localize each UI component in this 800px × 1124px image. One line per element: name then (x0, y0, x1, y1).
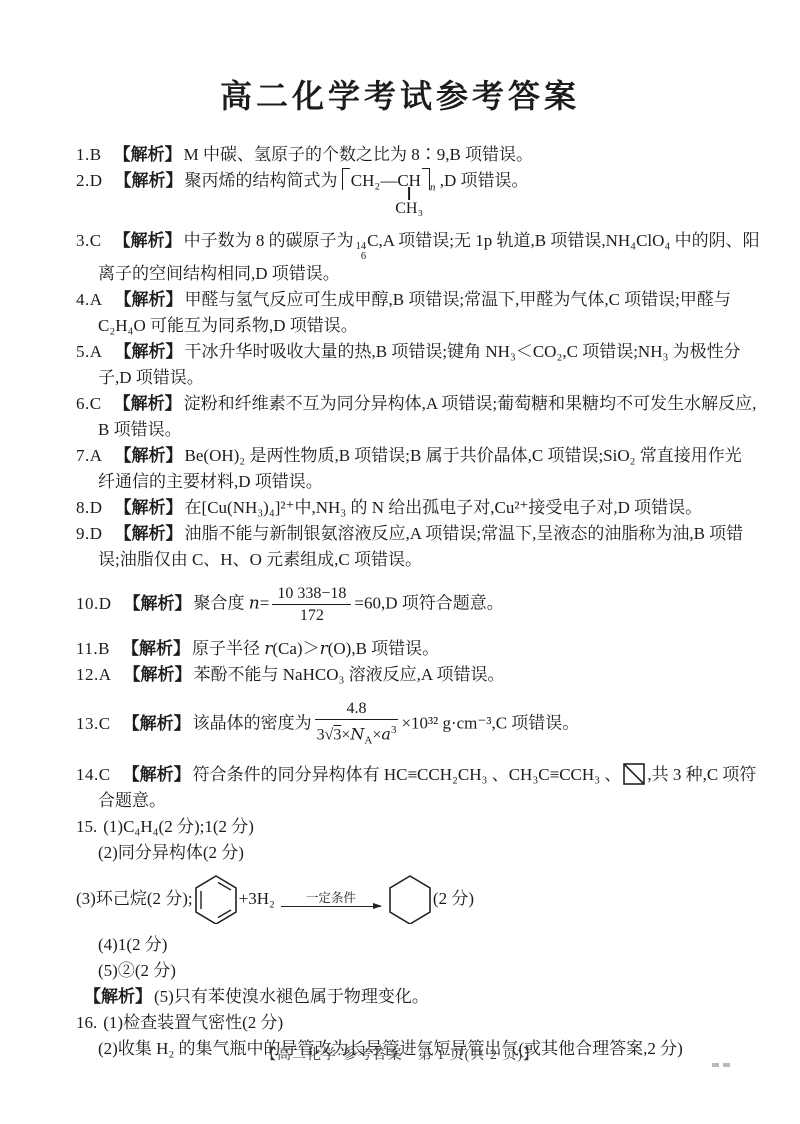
answer-text: (4)1(2 分) (98, 935, 167, 954)
analysis-line: 【解析】(5)只有苯使溴水褪色属于物理变化。 (84, 984, 730, 1010)
answer-item-14: 14.C【解析】符合条件的同分异构体有 HC≡CCH₂CH₃ 、CH₃C≡CCH… (76, 762, 730, 814)
analysis-line: 12.A【解析】苯酚不能与 NaHCO₃ 溶液反应,A 项错误。 (76, 662, 730, 688)
question-number: 7.A (76, 443, 103, 469)
answer-line: (4)1(2 分) (98, 932, 730, 958)
analysis-marker: 【解析】 (84, 987, 152, 1006)
arrow-shaft (281, 906, 381, 907)
polymer-ch-unit: CHCH₃ (397, 168, 421, 194)
analysis-line: 9.D【解析】油脂不能与新制银氨溶液反应,A 项错误;常温下,呈液态的油脂称为油… (76, 521, 730, 547)
analysis-text: 符合条件的同分异构体有 HC≡CCH₂CH₃ 、CH₃C≡CCH₃ 、 (193, 765, 622, 784)
answer-text: (1)C₄H₄(2 分);1(2 分) (103, 817, 254, 836)
analysis-text: 离子的空间结构相同,D 项错误。 (98, 264, 340, 283)
analysis-marker: 【解析】 (114, 145, 182, 164)
exam-answer-page: 高二化学考试参考答案 1.B【解析】M 中碳、氢原子的个数之比为 8∶9,B 项… (0, 0, 800, 1124)
polymer-chain: CH₂— (351, 171, 398, 190)
question-number: 14.C (76, 762, 111, 788)
question-number: 1.B (76, 142, 102, 168)
analysis-text: 聚丙烯的结构简式为 (185, 171, 342, 190)
isotope-notation: 146 (356, 242, 367, 261)
analysis-text: =60,D 项符合题意。 (354, 594, 503, 613)
analysis-line: 4.A【解析】甲醛与氢气反应可生成甲醇,B 项错误;常温下,甲醛为气体,C 项错… (76, 287, 730, 313)
analysis-marker: 【解析】 (124, 665, 192, 684)
answer-item-3: 3.C【解析】中子数为 8 的碳原子为146C,A 项错误;无 1p 轨道,B … (76, 228, 730, 287)
analysis-line: 13.C【解析】该晶体的密度为4.83√3×NA×a3×10³² g·cm⁻³,… (76, 698, 730, 752)
question-number: 10.D (76, 591, 112, 617)
analysis-text: 在[Cu(NH₃)₄]²⁺中,NH₃ 的 N 给出孤电子对,Cu²⁺接受电子对,… (185, 498, 703, 517)
question-number: 15. (76, 814, 97, 840)
cube-exponent: 3 (391, 724, 397, 736)
answer-line: 16.(1)检查装置气密性(2 分) (76, 1010, 730, 1036)
answer-line: 15.(1)C₄H₄(2 分);1(2 分) (76, 814, 730, 840)
analysis-text: 油脂不能与新制银氨溶液反应,A 项错误;常温下,呈液态的油脂称为油,B 项错 (185, 524, 744, 543)
equals-sign: = (260, 594, 270, 613)
analysis-text: 原子半径 (192, 639, 264, 658)
analysis-line-continued: 离子的空间结构相同,D 项错误。 (98, 261, 730, 287)
analysis-marker: 【解析】 (122, 639, 190, 658)
answer-item-11: 11.B【解析】原子半径 r(Ca)＞r(O),B 项错误。 (76, 636, 730, 662)
variable-a: a (381, 725, 391, 744)
analysis-marker: 【解析】 (114, 231, 182, 250)
answer-text: (1)检查装置气密性(2 分) (103, 1013, 283, 1032)
analysis-text: ×10³² g·cm⁻³,C 项错误。 (401, 714, 579, 733)
analysis-line-continued: 误;油脂仅由 C、H、O 元素组成,C 项错误。 (98, 547, 730, 573)
question-number: 3.C (76, 228, 102, 254)
den-coefficient: 3 (317, 727, 325, 744)
answer-text: (5)②(2 分) (98, 961, 176, 980)
methyl-branch: CH₃ (395, 187, 423, 216)
analysis-line: 6.C【解析】淀粉和纤维素不互为同分异构体,A 项错误;葡萄糖和果糖均不可发生水… (76, 391, 730, 417)
bicyclobutane-structure (623, 763, 645, 785)
analysis-text: M 中碳、氢原子的个数之比为 8∶9,B 项错误。 (184, 145, 533, 164)
analysis-text: C₂H₄O 可能互为同系物,D 项错误。 (98, 316, 358, 335)
cyclohexane-ring-structure (387, 874, 433, 924)
answer-text: (2)同分异构体(2 分) (98, 843, 244, 862)
analysis-text: 合题意。 (98, 791, 166, 810)
answer-line: (2)同分异构体(2 分) (98, 840, 730, 866)
analysis-text: 子,D 项错误。 (98, 368, 204, 387)
answer-text: (3)环己烷(2 分); (76, 886, 193, 912)
analysis-text: ,A 项错误;无 1p 轨道,B 项错误,NH₄ClO₄ 中的阴、阳 (378, 231, 759, 250)
fraction-numerator: 4.8 (315, 698, 399, 720)
fraction-denominator: 172 (272, 605, 351, 626)
analysis-line: 11.B【解析】原子半径 r(Ca)＞r(O),B 项错误。 (76, 636, 730, 662)
answer-item-13: 13.C【解析】该晶体的密度为4.83√3×NA×a3×10³² g·cm⁻³,… (76, 698, 730, 752)
print-artifact (712, 1063, 730, 1067)
analysis-text: 纤通信的主要材料,D 项错误。 (98, 472, 323, 491)
fraction-numerator: 10 338−18 (272, 583, 351, 605)
analysis-line: 2.D【解析】聚丙烯的结构简式为 CH₂—CHCH₃n ,D 项错误。 (76, 168, 730, 200)
question-number: 9.D (76, 521, 103, 547)
question-number: 11.B (76, 636, 110, 662)
analysis-text: 中子数为 8 的碳原子为 (184, 231, 354, 250)
reaction-condition-label: 一定条件 (281, 890, 381, 906)
question-number: 16. (76, 1010, 97, 1036)
isotope-atomic-number: 6 (361, 252, 366, 262)
reagent-text: +3H₂ (239, 886, 275, 912)
analysis-text: 误;油脂仅由 C、H、O 元素组成,C 项错误。 (98, 550, 422, 569)
analysis-line-continued: 子,D 项错误。 (98, 365, 730, 391)
page-title: 高二化学考试参考答案 (0, 0, 800, 116)
analysis-text: 淀粉和纤维素不互为同分异构体,A 项错误;葡萄糖和果糖均不可发生水解反应, (184, 394, 757, 413)
polymer-bracket-close (422, 168, 430, 190)
analysis-line: 7.A【解析】Be(OH)₂ 是两性物质,B 项错误;B 属于共价晶体,C 项错… (76, 443, 730, 469)
polymer-bracket-open (342, 168, 350, 190)
answer-item-10: 10.D【解析】聚合度 n=10 338−18172=60,D 项符合题意。 (76, 583, 730, 626)
analysis-marker: 【解析】 (114, 394, 182, 413)
question-number: 12.A (76, 662, 112, 688)
analysis-text: ,D 项错误。 (435, 171, 528, 190)
analysis-marker: 【解析】 (115, 171, 183, 190)
analysis-line-continued: B 项错误。 (98, 417, 730, 443)
analysis-line: 14.C【解析】符合条件的同分异构体有 HC≡CCH₂CH₃ 、CH₃C≡CCH… (76, 762, 730, 788)
analysis-text: 甲醛与氢气反应可生成甲醇,B 项错误;常温下,甲醛为气体,C 项错误;甲醛与 (185, 290, 731, 309)
answer-item-6: 6.C【解析】淀粉和纤维素不互为同分异构体,A 项错误;葡萄糖和果糖均不可发生水… (76, 391, 730, 443)
answers-body: 1.B【解析】M 中碳、氢原子的个数之比为 8∶9,B 项错误。 2.D【解析】… (0, 116, 800, 1062)
analysis-text: Be(OH)₂ 是两性物质,B 项错误;B 属于共价晶体,C 项错误;SiO₂ … (185, 446, 742, 465)
answer-item-15: 15.(1)C₄H₄(2 分);1(2 分) (2)同分异构体(2 分) (3)… (76, 814, 730, 1010)
question-number: 6.C (76, 391, 102, 417)
answer-item-2: 2.D【解析】聚丙烯的结构简式为 CH₂—CHCH₃n ,D 项错误。 (76, 168, 730, 200)
answer-item-4: 4.A【解析】甲醛与氢气反应可生成甲醇,B 项错误;常温下,甲醛为气体,C 项错… (76, 287, 730, 339)
analysis-text: (5)只有苯使溴水褪色属于物理变化。 (154, 987, 429, 1006)
question-number: 2.D (76, 168, 103, 194)
analysis-text: 干冰升华时吸收大量的热,B 项错误;键角 NH₃＜CO₂,C 项错误;NH₃ 为… (185, 342, 741, 361)
avogadro-symbol: N (350, 725, 364, 744)
analysis-line: 8.D【解析】在[Cu(NH₃)₄]²⁺中,NH₃ 的 N 给出孤电子对,Cu²… (76, 495, 730, 521)
analysis-line: 1.B【解析】M 中碳、氢原子的个数之比为 8∶9,B 项错误。 (76, 142, 730, 168)
bond-line (408, 187, 410, 200)
answer-item-8: 8.D【解析】在[Cu(NH₃)₄]²⁺中,NH₃ 的 N 给出孤电子对,Cu²… (76, 495, 730, 521)
fraction: 4.83√3×NA×a3 (315, 698, 399, 752)
question-number: 5.A (76, 339, 103, 365)
variable-r: r (320, 639, 328, 659)
analysis-text: 该晶体的密度为 (193, 714, 312, 733)
reaction-arrow: 一定条件 (281, 890, 381, 907)
analysis-marker: 【解析】 (115, 342, 183, 361)
analysis-text: 聚合度 (194, 594, 249, 613)
analysis-marker: 【解析】 (115, 498, 183, 517)
question-number: 13.C (76, 711, 111, 737)
analysis-line-continued: C₂H₄O 可能互为同系物,D 项错误。 (98, 313, 730, 339)
analysis-line-continued: 合题意。 (98, 788, 730, 814)
answer-line: (5)②(2 分) (98, 958, 730, 984)
analysis-line: 10.D【解析】聚合度 n=10 338−18172=60,D 项符合题意。 (76, 583, 730, 626)
analysis-line: 5.A【解析】干冰升华时吸收大量的热,B 项错误;键角 NH₃＜CO₂,C 项错… (76, 339, 730, 365)
analysis-text: 苯酚不能与 NaHCO₃ 溶液反应,A 项错误。 (194, 665, 505, 684)
polymer-repeat-subscript: n (430, 181, 436, 193)
analysis-line-continued: 纤通信的主要材料,D 项错误。 (98, 469, 730, 495)
answer-item-1: 1.B【解析】M 中碳、氢原子的个数之比为 8∶9,B 项错误。 (76, 142, 730, 168)
analysis-text: ,共 3 种,C 项符 (647, 765, 756, 784)
answer-item-12: 12.A【解析】苯酚不能与 NaHCO₃ 溶液反应,A 项错误。 (76, 662, 730, 688)
question-number: 8.D (76, 495, 103, 521)
score-text: (2 分) (433, 886, 474, 912)
analysis-line: 3.C【解析】中子数为 8 的碳原子为146C,A 项错误;无 1p 轨道,B … (76, 228, 730, 261)
analysis-marker: 【解析】 (123, 714, 191, 733)
answer-item-7: 7.A【解析】Be(OH)₂ 是两性物质,B 项错误;B 属于共价晶体,C 项错… (76, 443, 730, 495)
fraction: 10 338−18172 (272, 583, 351, 626)
analysis-marker: 【解析】 (115, 290, 183, 309)
analysis-marker: 【解析】 (115, 446, 183, 465)
fraction-denominator: 3√3×NA×a3 (315, 720, 399, 752)
answer-item-9: 9.D【解析】油脂不能与新制银氨溶液反应,A 项错误;常温下,呈液态的油脂称为油… (76, 521, 730, 573)
answer-line-reaction: (3)环己烷(2 分);+3H₂一定条件(2 分) (76, 874, 730, 924)
analysis-marker: 【解析】 (123, 765, 191, 784)
page-footer: 【高二化学·参考答案 第 1 页(共 2 页)】 (0, 1044, 800, 1064)
polypropylene-structure: CH₂—CHCH₃n (342, 168, 436, 200)
analysis-text: (Ca)＞ (272, 639, 319, 658)
variable-n: n (249, 594, 260, 614)
analysis-text: (O),B 项错误。 (328, 639, 439, 658)
element-symbol: C (367, 231, 378, 250)
analysis-text: B 项错误。 (98, 420, 182, 439)
benzene-ring-structure (193, 874, 239, 924)
analysis-marker: 【解析】 (124, 594, 192, 613)
question-number: 4.A (76, 287, 103, 313)
methyl-group: CH₃ (395, 200, 423, 217)
answer-item-5: 5.A【解析】干冰升华时吸收大量的热,B 项错误;键角 NH₃＜CO₂,C 项错… (76, 339, 730, 391)
analysis-marker: 【解析】 (115, 524, 183, 543)
